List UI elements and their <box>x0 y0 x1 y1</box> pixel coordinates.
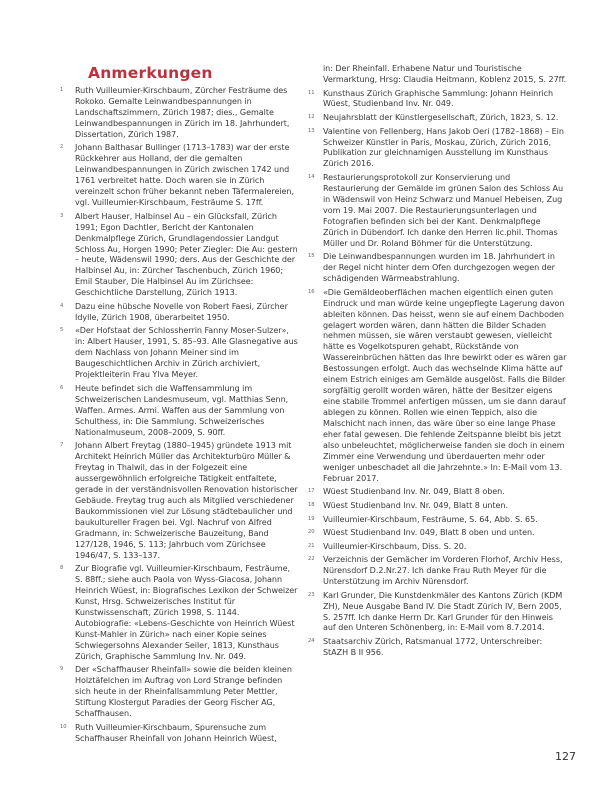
footnote: 11Kunsthaus Zürich Graphische Sammlung: … <box>308 89 568 111</box>
footnote: 22Verzeichnis der Gemächer im Vorderen F… <box>308 555 568 588</box>
footnote: 24Staatsarchiv Zürich, Ratsmanual 1772, … <box>308 637 568 659</box>
footnote-number: 19 <box>308 514 320 525</box>
footnote: 14Restaurierungsprotokoll zur Konservier… <box>308 173 568 250</box>
footnote-number: 5 <box>60 325 72 336</box>
footnote-text: Dazu eine hübsche Novelle von Robert Fae… <box>75 302 288 322</box>
page-title: Anmerkungen <box>88 64 213 82</box>
footnote-text: Heute befindet sich die Waffensammlung i… <box>75 384 288 437</box>
notes-column-left: 1Ruth Vuilleumier-Kirschbaum, Zürcher Fe… <box>60 86 298 747</box>
footnote-number: 12 <box>308 112 320 123</box>
footnote-text: Wüest Studienband Inv. 049, Blatt 8 oben… <box>323 528 535 537</box>
footnote: 3Albert Hauser, Halbinsel Au – ein Glück… <box>60 212 298 300</box>
footnote-text: Verzeichnis der Gemächer im Vorderen Flo… <box>323 555 562 586</box>
footnote-number: 9 <box>60 664 72 675</box>
footnote: 20Wüest Studienband Inv. 049, Blatt 8 ob… <box>308 528 568 539</box>
footnote: 10Ruth Vuilleumier-Kirschbaum, Spurensuc… <box>60 723 298 745</box>
footnote-number: 7 <box>60 440 72 451</box>
footnote-text: Neujahrsblatt der Künstlergesellschaft, … <box>323 113 558 122</box>
footnote-number: 11 <box>308 88 320 99</box>
footnote-number: 1 <box>60 85 72 96</box>
footnote-number: 23 <box>308 590 320 601</box>
footnote-number: 3 <box>60 211 72 222</box>
footnote-number: 10 <box>60 722 72 733</box>
footnote-text: Vuilleumier-Kirschbaum, Diss. S. 20. <box>323 542 466 551</box>
footnote-text: «Der Hofstaat der Schlossherrin Fanny Mo… <box>75 326 298 379</box>
footnote-text: Der «Schaffhauser Rheinfall» sowie die b… <box>75 665 292 718</box>
footnote-text: Zur Biografie vgl. Vuilleumier-Kirschbau… <box>75 564 297 661</box>
footnote: 8Zur Biografie vgl. Vuilleumier-Kirschba… <box>60 564 298 663</box>
footnote-number: 6 <box>60 383 72 394</box>
footnote-text: Valentine von Fellenberg, Hans Jakob Oer… <box>323 127 564 169</box>
footnote: 19Vuilleumier-Kirschbaum, Festräume, S. … <box>308 515 568 526</box>
footnote: 12Neujahrsblatt der Künstlergesellschaft… <box>308 113 568 124</box>
footnote-text: Kunsthaus Zürich Graphische Sammlung: Jo… <box>323 89 553 109</box>
footnote: 17Wüest Studienband Inv. Nr. 049, Blatt … <box>308 487 568 498</box>
footnote: 9Der «Schaffhauser Rheinfall» sowie die … <box>60 665 298 720</box>
footnote-number: 8 <box>60 563 72 574</box>
footnote-number: 17 <box>308 486 320 497</box>
footnote-number: 22 <box>308 554 320 565</box>
footnote-text: Staatsarchiv Zürich, Ratsmanual 1772, Un… <box>323 637 542 657</box>
footnote-number: 14 <box>308 172 320 183</box>
footnote-text: Vuilleumier-Kirschbaum, Festräume, S. 64… <box>323 515 538 524</box>
footnote-number: 15 <box>308 251 320 262</box>
footnote: 15Die Leinwandbespannungen wurden im 18.… <box>308 252 568 285</box>
footnote: 1Ruth Vuilleumier-Kirschbaum, Zürcher Fe… <box>60 86 298 141</box>
footnote: 13Valentine von Fellenberg, Hans Jakob O… <box>308 127 568 171</box>
footnote-text: Wüest Studienband Inv. Nr. 049, Blatt 8 … <box>323 487 505 496</box>
footnote-text: Restaurierungsprotokoll zur Konservierun… <box>323 173 563 248</box>
footnote-text: «Die Gemäldeoberflächen machen eigentlic… <box>323 288 566 483</box>
footnote-number: 20 <box>308 527 320 538</box>
footnote-number: 13 <box>308 126 320 137</box>
footnote: 7Johann Albert Freytag (1880–1945) gründ… <box>60 441 298 561</box>
footnote-text: Albert Hauser, Halbinsel Au – ein Glücks… <box>75 212 298 298</box>
footnote-number: 18 <box>308 500 320 511</box>
footnote-text: Ruth Vuilleumier-Kirschbaum, Zürcher Fes… <box>75 86 289 139</box>
footnote-number: 2 <box>60 142 72 153</box>
footnote: 21Vuilleumier-Kirschbaum, Diss. S. 20. <box>308 542 568 553</box>
footnote: 5«Der Hofstaat der Schlossherrin Fanny M… <box>60 326 298 381</box>
notes-column-right: in: Der Rheinfall. Erhabene Natur und To… <box>308 64 568 662</box>
footnote-number: 16 <box>308 287 320 298</box>
footnote-text: Die Leinwandbespannungen wurden im 18. J… <box>323 252 555 283</box>
footnote-text: in: Der Rheinfall. Erhabene Natur und To… <box>323 64 566 84</box>
footnote-text: Wüest Studienband Inv. Nr. 049, Blatt 8 … <box>323 501 508 510</box>
footnote-number: 4 <box>60 301 72 312</box>
footnote: 4Dazu eine hübsche Novelle von Robert Fa… <box>60 302 298 324</box>
footnote-text: Johann Albert Freytag (1880–1945) gründe… <box>75 441 298 560</box>
footnote-number: 24 <box>308 636 320 647</box>
footnote: 23Karl Grunder, Die Kunstdenkmäler des K… <box>308 591 568 635</box>
footnote-continuation: in: Der Rheinfall. Erhabene Natur und To… <box>308 64 568 86</box>
footnote-text: Ruth Vuilleumier-Kirschbaum, Spurensuche… <box>75 723 277 743</box>
footnote: 6Heute befindet sich die Waffensammlung … <box>60 384 298 439</box>
footnote-text: Karl Grunder, Die Kunstdenkmäler des Kan… <box>323 591 562 633</box>
footnote-number: 21 <box>308 541 320 552</box>
footnote-text: Johann Balthasar Bullinger (1713–1783) w… <box>75 143 294 207</box>
page-number: 127 <box>555 750 576 763</box>
footnote: 18Wüest Studienband Inv. Nr. 049, Blatt … <box>308 501 568 512</box>
footnote: 16«Die Gemäldeoberflächen machen eigentl… <box>308 288 568 485</box>
footnote: 2Johann Balthasar Bullinger (1713–1783) … <box>60 143 298 209</box>
